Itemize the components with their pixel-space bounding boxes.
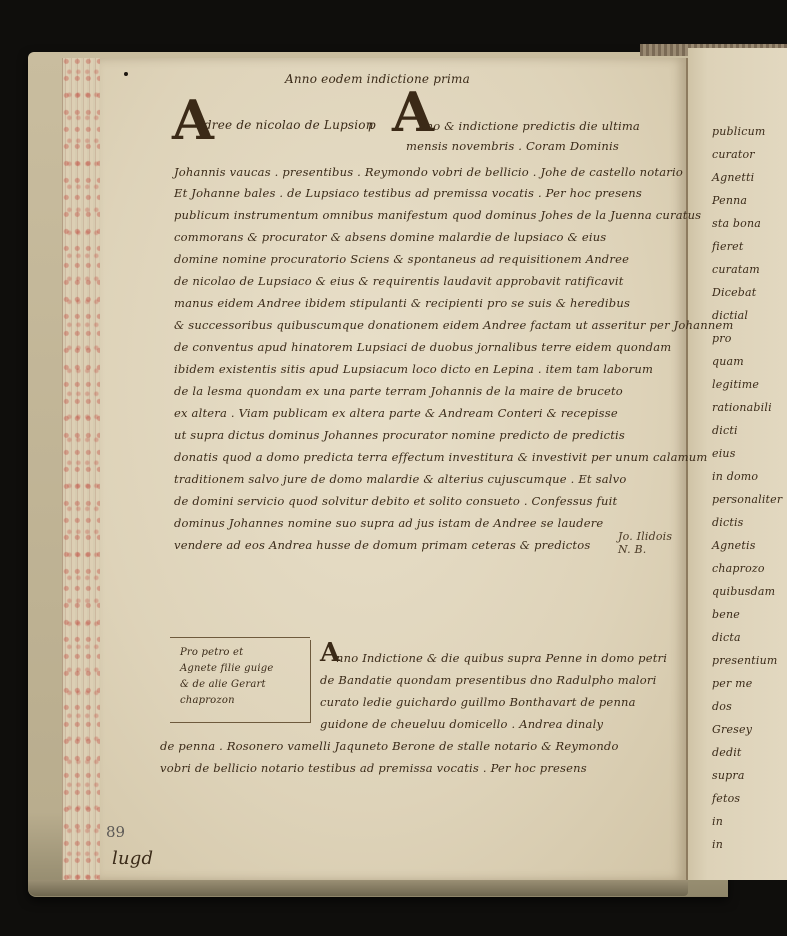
ink-fleck [124,72,128,76]
text-line: Dicebat [712,281,756,305]
text-line: traditionem salvo jure de domo malardie … [174,469,626,489]
text-line: vendere ad eos Andrea husse de domum pri… [174,535,590,555]
text-line: de nicolao de Lupsiaco & eius & requiren… [174,271,624,291]
text-line: legitime [712,373,759,397]
text-line: Et Johanne bales . de Lupsiaco testibus … [174,183,642,203]
text-line: curatam [712,258,760,282]
text-line: nno & indictione predictis die ultima [418,116,640,136]
text-line: supra [712,764,745,788]
margin-note-line: chaprozon [180,693,273,709]
text-line: ibidem existentis sitis apud Lupsiacum l… [174,359,653,379]
cover-bottom-edge [28,880,688,896]
text-line: ex altera . Viam publicam ex altera part… [174,403,618,423]
text-line: rationabili [712,396,772,420]
margin-note-line: Pro petro et [180,645,273,661]
text-line: de la lesma quondam ex una parte terram … [174,381,623,401]
text-line: manus eidem Andree ibidem stipulanti & r… [174,293,630,313]
text-line: dominus Johannes nomine suo supra ad jus… [174,513,603,533]
text-line: fetos [712,787,740,811]
page-heading: Anno eodem indictione prima [285,72,470,86]
folio-mark: lugd [112,848,153,869]
text-line: dedit [712,741,742,765]
text-line: commorans & procurator & absens domine m… [174,227,606,247]
text-line: eius [712,442,736,466]
entry-title: ndree de nicolao de Lupsion [196,118,374,132]
text-line: dicti [712,419,738,443]
text-line: donatis quod a domo predicta terra effec… [174,447,707,467]
text-line: quam [712,350,744,374]
text-line: per me [712,672,752,696]
text-line: Agnetis [712,534,756,558]
text-line: chaprozo [712,557,765,581]
notary-signature: Jo. Ilidois N. B. [618,530,672,556]
text-line: in [712,833,723,857]
entry-ref: p [368,118,376,132]
folio-number: 89 [106,823,125,841]
text-line: vobri de bellicio notario testibus ad pr… [160,757,587,779]
text-line: Johannis vaucas . presentibus . Reymondo… [174,162,683,182]
text-line: publicum [712,120,765,144]
text-line: quibusdam [712,580,775,604]
text-line: dicta [712,626,741,650]
text-line: publicum instrumentum omnibus manifestum… [174,205,701,225]
text-line: de Bandatie quondam presentibus dno Radu… [320,669,656,691]
signature-line: Jo. Ilidois [618,530,672,543]
text-line: personaliter [712,488,782,512]
margin-note-line: & de alie Gerart [180,677,273,693]
text-line: in [712,810,723,834]
text-line: mensis novembris . Coram Dominis [406,136,619,156]
text-line: curator [712,143,755,167]
text-line: ut supra dictus dominus Johannes procura… [174,425,625,445]
section-divider [170,637,310,638]
text-line: presentium [712,649,778,673]
margin-note-line: Agnete filie guige [180,661,273,677]
text-line: Gresey [712,718,752,742]
text-line: domine nomine procuratorio Sciens & spon… [174,249,629,269]
text-line: de conventus apud hinatorem Lupsiaci de … [174,337,671,357]
text-line: nno Indictione & die quibus supra Penne … [336,647,667,669]
text-line: Agnetti [712,166,754,190]
text-line: sta bona [712,212,761,236]
text-line: Penna [712,189,747,213]
text-line: guidone de cheueluu domicello . Andrea d… [320,713,603,735]
text-line: bene [712,603,740,627]
signature-line: N. B. [618,543,672,556]
margin-note: Pro petro et Agnete filie guige & de ali… [180,645,273,709]
text-line: fieret [712,235,744,259]
text-line: dictis [712,511,744,535]
text-line: de penna . Rosonero vamelli Jaquneto Ber… [160,735,619,757]
text-line: & successoribus quibuscumque donationem … [174,315,734,335]
text-line: curato ledie guichardo guillmo Bonthavar… [320,691,636,713]
text-line: de domini servicio quod solvitur debito … [174,491,617,511]
text-line: in domo [712,465,758,489]
text-line: dos [712,695,732,719]
